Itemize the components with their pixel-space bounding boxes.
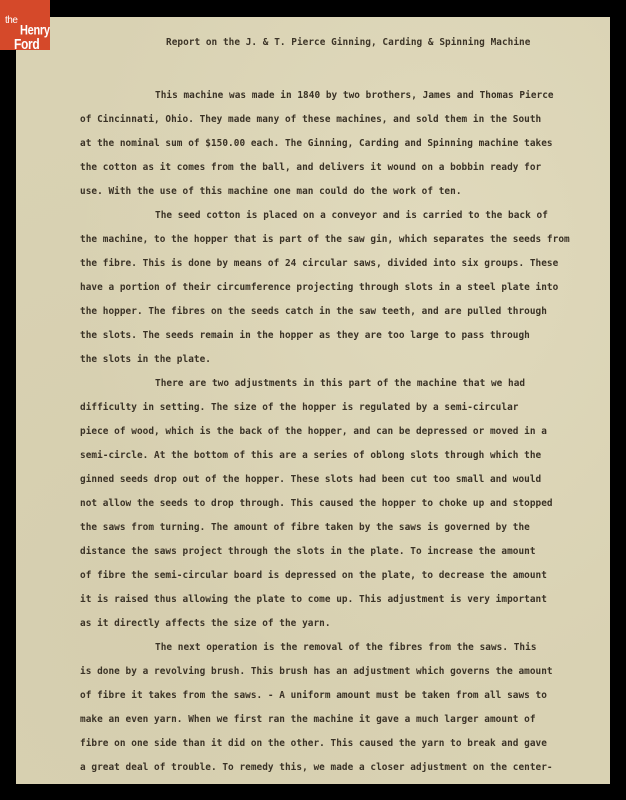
text-line: the cotton as it comes from the ball, an…	[80, 162, 541, 173]
text-line: of fibre it takes from the saws. - A uni…	[80, 690, 547, 701]
text-line: the fibre. This is done by means of 24 c…	[80, 258, 558, 269]
text-line: the hopper. The fibres on the seeds catc…	[80, 306, 547, 317]
text-line: as it directly affects the size of the y…	[80, 618, 331, 629]
text-line: use. With the use of this machine one ma…	[80, 186, 462, 197]
text-line: semi-circle. At the bottom of this are a…	[80, 450, 541, 461]
text-line: a great deal of trouble. To remedy this,…	[80, 762, 553, 773]
text-line: at the nominal sum of $150.00 each. The …	[80, 138, 553, 149]
text-line: have a portion of their circumference pr…	[80, 282, 558, 293]
text-line: There are two adjustments in this part o…	[155, 378, 525, 389]
text-line: of Cincinnati, Ohio. They made many of t…	[80, 114, 541, 125]
document-title: Report on the J. & T. Pierce Ginning, Ca…	[166, 37, 530, 48]
text-line: difficulty in setting. The size of the h…	[80, 402, 518, 413]
text-line: is done by a revolving brush. This brush…	[80, 666, 553, 677]
text-line: the slots. The seeds remain in the hoppe…	[80, 330, 530, 341]
text-line: distance the saws project through the sl…	[80, 546, 536, 557]
text-line: of fibre the semi-circular board is depr…	[80, 570, 547, 581]
text-line: the slots in the plate.	[80, 354, 211, 365]
logo-the: the	[5, 15, 17, 26]
text-line: make an even yarn. When we first ran the…	[80, 714, 536, 725]
text-line: This machine was made in 1840 by two bro…	[155, 90, 554, 101]
text-line: it is raised thus allowing the plate to …	[80, 594, 547, 605]
logo-ford: Ford	[14, 35, 39, 53]
text-line: the machine, to the hopper that is part …	[80, 234, 570, 245]
text-line: piece of wood, which is the back of the …	[80, 426, 547, 437]
text-line: The next operation is the removal of the…	[155, 642, 537, 653]
text-line: ginned seeds drop out of the hopper. The…	[80, 474, 541, 485]
henry-ford-logo: the Henry Ford	[0, 0, 50, 50]
text-line: the saws from turning. The amount of fib…	[80, 522, 530, 533]
text-line: fibre on one side than it did on the oth…	[80, 738, 547, 749]
text-line: The seed cotton is placed on a conveyor …	[155, 210, 548, 221]
text-line: not allow the seeds to drop through. Thi…	[80, 498, 553, 509]
